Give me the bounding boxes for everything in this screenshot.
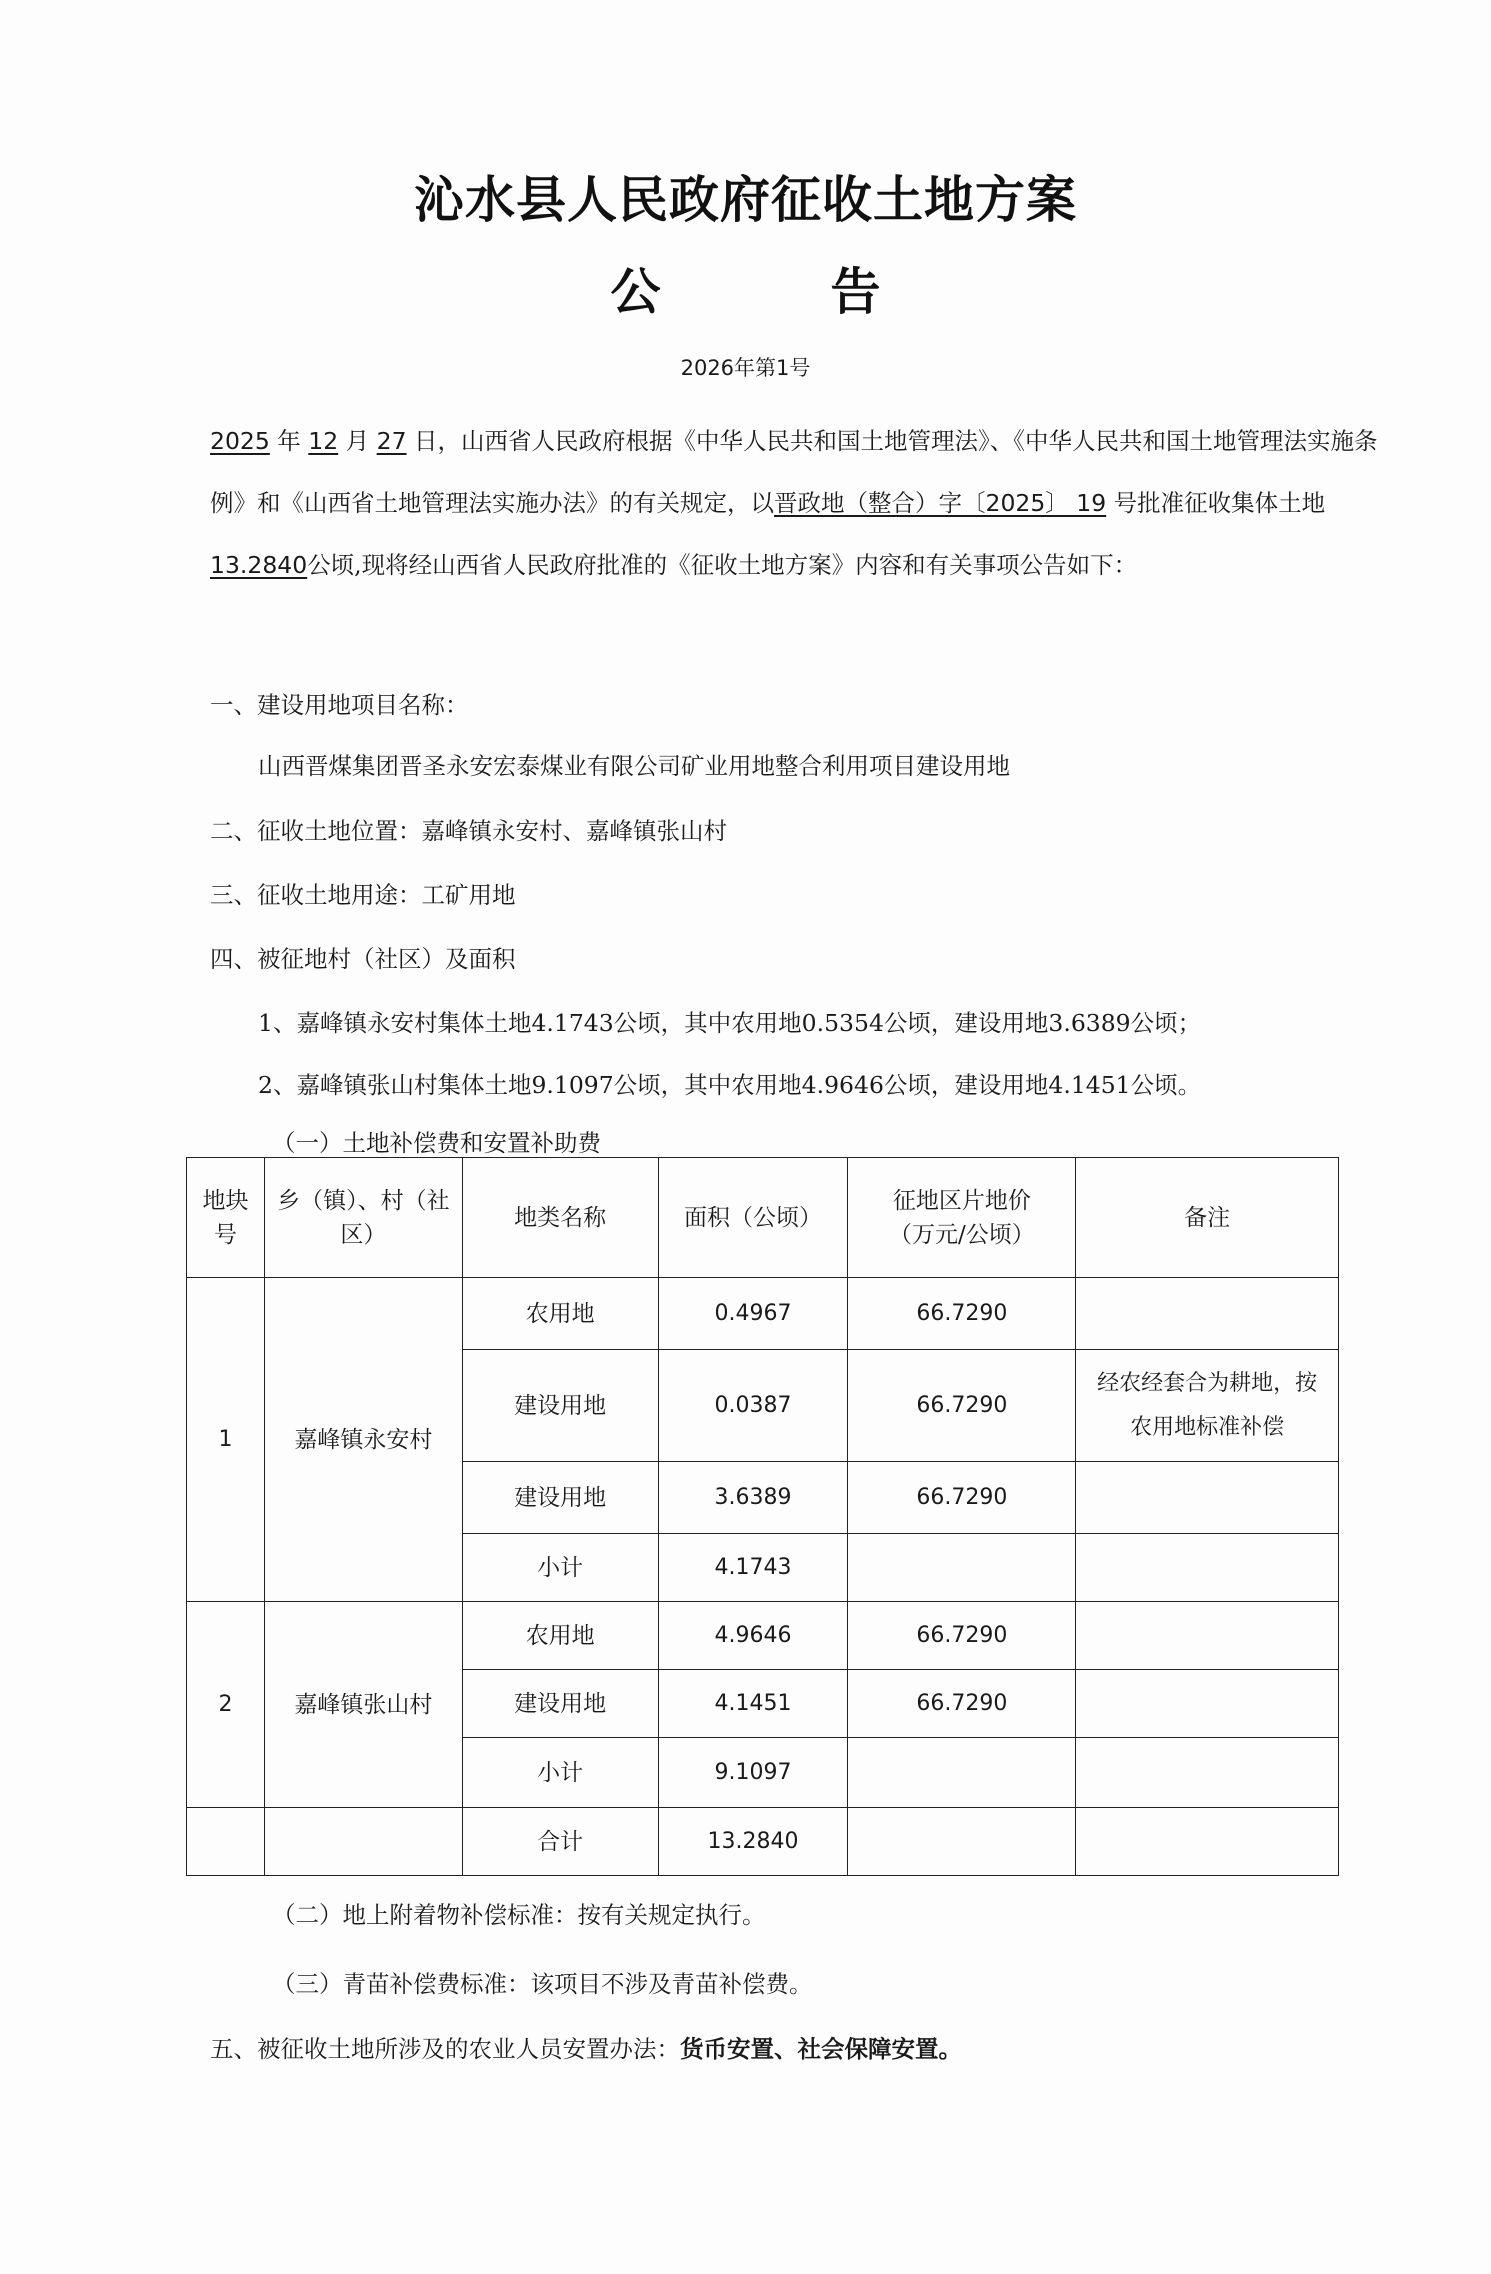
price-cell <box>848 1808 1076 1876</box>
area-cell: 4.1451 <box>658 1670 848 1738</box>
intro-paragraph: 2025 年 12 月 27 日，山西省人民政府根据《中华人民共和国土地管理法》… <box>210 410 1380 596</box>
intro-year: 2025 <box>210 427 270 455</box>
area-cell: 0.4967 <box>658 1278 848 1350</box>
table-header-row: 地块号 乡（镇）、村（社区） 地类名称 面积（公顷） 征地区片地价（万元/公顷）… <box>187 1158 1339 1278</box>
subsection-2: （二）地上附着物补偿标准：按有关规定执行。 <box>272 1896 766 1930</box>
land-type-cell: 建设用地 <box>462 1350 658 1462</box>
area-cell: 4.9646 <box>658 1602 848 1670</box>
section-2: 二、征收土地位置：嘉峰镇永安村、嘉峰镇张山村 <box>210 812 727 846</box>
price-cell: 66.7290 <box>848 1670 1076 1738</box>
section-5-value: 货币安置、社会保障安置。 <box>680 2035 962 2063</box>
intro-text: 年 <box>277 427 301 455</box>
section-1-body: 山西晋煤集团晋圣永安宏泰煤业有限公司矿业用地整合利用项目建设用地 <box>258 747 1010 781</box>
price-cell: 66.7290 <box>848 1350 1076 1462</box>
section-1-heading: 一、建设用地项目名称： <box>210 686 469 720</box>
price-cell: 66.7290 <box>848 1462 1076 1534</box>
land-type-cell: 农用地 <box>462 1278 658 1350</box>
land-type-cell: 建设用地 <box>462 1462 658 1534</box>
remark-cell <box>1076 1738 1339 1808</box>
remark-cell <box>1076 1602 1339 1670</box>
subsection-3: （三）青苗补偿费标准：该项目不涉及青苗补偿费。 <box>272 1965 813 1999</box>
area-cell: 0.0387 <box>658 1350 848 1462</box>
village-cell: 嘉峰镇永安村 <box>264 1278 462 1602</box>
intro-text: 号批准征收集体土地 <box>1114 489 1326 517</box>
approved-area: 13.2840 <box>210 551 307 579</box>
document-number: 2026年第1号 <box>0 352 1491 382</box>
intro-text: 月 <box>346 427 370 455</box>
approval-ref: 晋政地（整合）字〔2025〕 19 <box>774 489 1106 517</box>
land-type-cell: 小计 <box>462 1738 658 1808</box>
area-cell: 3.6389 <box>658 1462 848 1534</box>
plot-no-cell: 2 <box>187 1602 265 1808</box>
header-remark: 备注 <box>1076 1158 1339 1278</box>
table-total-row: 合计 13.2840 <box>187 1808 1339 1876</box>
intro-text: 公顷,现将经山西省人民政府批准的《征收土地方案》内容和有关事项公告如下： <box>307 551 1137 579</box>
land-type-cell: 合计 <box>462 1808 658 1876</box>
header-land-type: 地类名称 <box>462 1158 658 1278</box>
subtitle-char: 告 <box>831 252 881 324</box>
village-cell: 嘉峰镇张山村 <box>264 1602 462 1808</box>
area-cell: 4.1743 <box>658 1534 848 1602</box>
table-row: 2 嘉峰镇张山村 农用地 4.9646 66.7290 <box>187 1602 1339 1670</box>
price-cell: 66.7290 <box>848 1278 1076 1350</box>
area-cell: 9.1097 <box>658 1738 848 1808</box>
header-plot-no: 地块号 <box>187 1158 265 1278</box>
land-type-cell: 小计 <box>462 1534 658 1602</box>
notice-subtitle: 公告 <box>0 252 1491 324</box>
area-cell: 13.2840 <box>658 1808 848 1876</box>
price-cell <box>848 1534 1076 1602</box>
plot-no-cell: 1 <box>187 1278 265 1602</box>
remark-cell <box>1076 1462 1339 1534</box>
section-4-item-1: 1、嘉峰镇永安村集体土地4.1743公顷，其中农用地0.5354公顷，建设用地3… <box>258 1004 1201 1038</box>
section-5: 五、被征收土地所涉及的农业人员安置办法：货币安置、社会保障安置。 <box>210 2030 962 2064</box>
section-4-heading: 四、被征地村（社区）及面积 <box>210 940 516 974</box>
header-price: 征地区片地价（万元/公顷） <box>848 1158 1076 1278</box>
remark-cell: 经农经套合为耕地，按农用地标准补偿 <box>1076 1350 1339 1462</box>
land-type-cell: 建设用地 <box>462 1670 658 1738</box>
remark-cell <box>1076 1808 1339 1876</box>
compensation-table: 地块号 乡（镇）、村（社区） 地类名称 面积（公顷） 征地区片地价（万元/公顷）… <box>186 1157 1339 1876</box>
subsection-1-heading: （一）土地补偿费和安置补助费 <box>272 1124 601 1158</box>
intro-day: 27 <box>377 427 407 455</box>
section-4-item-2: 2、嘉峰镇张山村集体土地9.1097公顷，其中农用地4.9646公顷，建设用地4… <box>258 1066 1201 1100</box>
section-5-label: 五、被征收土地所涉及的农业人员安置办法： <box>210 2035 680 2063</box>
table-row: 1 嘉峰镇永安村 农用地 0.4967 66.7290 <box>187 1278 1339 1350</box>
remark-cell <box>1076 1670 1339 1738</box>
section-3: 三、征收土地用途：工矿用地 <box>210 876 516 910</box>
subtitle-char: 公 <box>611 252 661 324</box>
intro-month: 12 <box>308 427 338 455</box>
header-township: 乡（镇）、村（社区） <box>264 1158 462 1278</box>
plot-no-cell <box>187 1808 265 1876</box>
land-type-cell: 农用地 <box>462 1602 658 1670</box>
price-cell: 66.7290 <box>848 1602 1076 1670</box>
remark-cell <box>1076 1278 1339 1350</box>
price-cell <box>848 1738 1076 1808</box>
village-cell <box>264 1808 462 1876</box>
notice-title: 沁水县人民政府征收土地方案 <box>0 160 1491 232</box>
header-area: 面积（公顷） <box>658 1158 848 1278</box>
remark-cell <box>1076 1534 1339 1602</box>
